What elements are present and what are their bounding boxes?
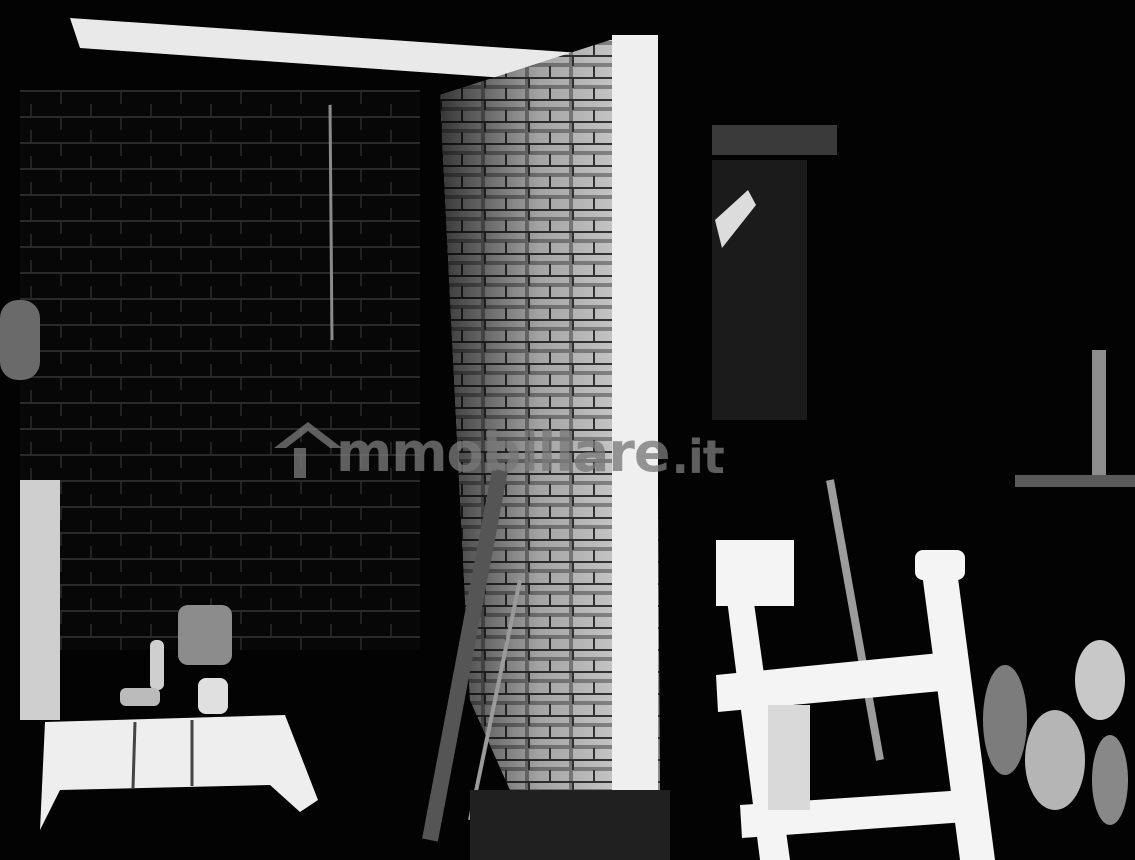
floor-rubble: [470, 790, 670, 860]
table-lamp: [178, 605, 232, 665]
stacked-clutter: [983, 640, 1128, 825]
leaning-pole: [830, 480, 880, 760]
cloth-covered-table: [40, 715, 318, 830]
property-photo: mmobiliare .it: [0, 0, 1135, 860]
metal-post: [1092, 350, 1106, 480]
watermark-domain: .it: [672, 434, 724, 480]
watermark: mmobiliare .it: [272, 418, 724, 480]
left-door-frame: [20, 480, 60, 720]
shelf: [1015, 475, 1135, 487]
house-icon: [272, 418, 344, 480]
hanging-rope: [330, 105, 332, 340]
cardboard-box: [768, 705, 810, 810]
pillar-edge: [612, 35, 658, 790]
bottle: [150, 640, 164, 690]
right-brick-column: [712, 125, 837, 155]
white-ladder: [716, 540, 995, 860]
back-brick-wall: [20, 90, 420, 650]
watermark-brand: mmobiliare: [336, 426, 670, 480]
